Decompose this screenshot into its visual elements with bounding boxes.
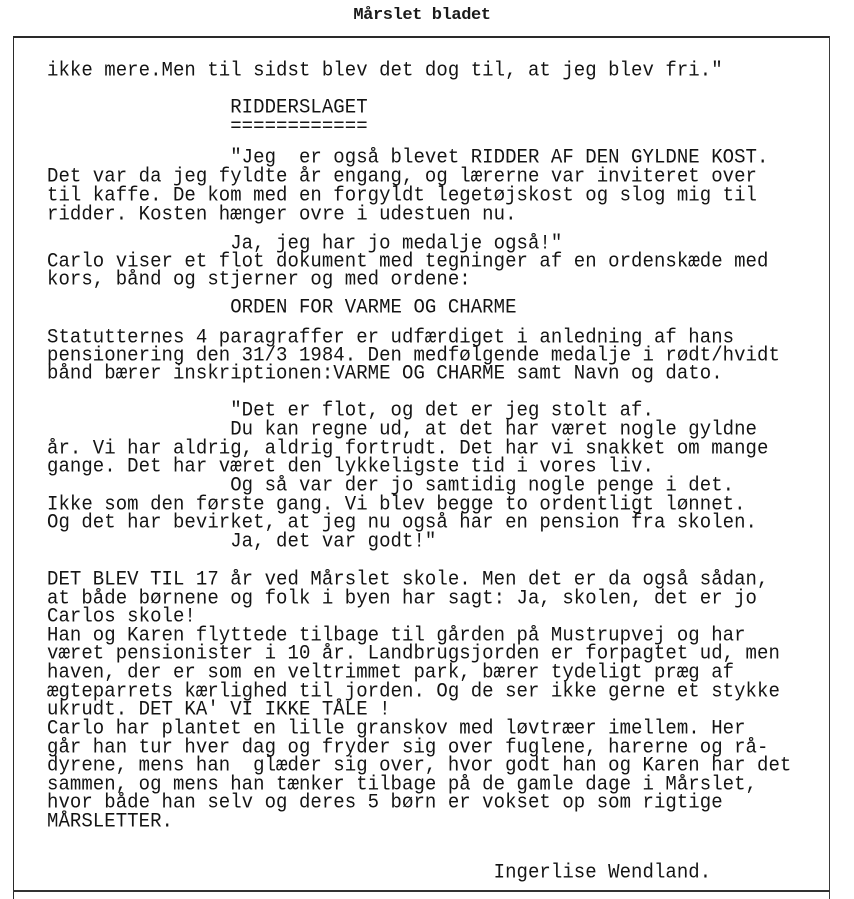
section-heading-underline: ============ [47, 115, 368, 136]
text-line: kors, bånd og stjerner og med ordene: [47, 268, 471, 289]
frame-border-top [13, 36, 830, 38]
text-line: bånd bærer inskriptionen:VARME OG CHARME… [47, 362, 723, 383]
text-line: ridder. Kosten hænger ovre i udestuen nu… [47, 203, 517, 224]
text-line: MÅRSLETTER. [47, 810, 173, 831]
frame-border-bottom [13, 890, 830, 892]
frame-border-left [13, 36, 14, 899]
opening-line: ikke mere.Men til sidst blev det dog til… [47, 59, 723, 80]
text-line: Ja, det var godt!" [47, 530, 436, 551]
frame-border-right [829, 36, 830, 899]
author-signature: Ingerlise Wendland. [47, 861, 711, 882]
order-heading: ORDEN FOR VARME OG CHARME [47, 296, 517, 317]
page-title: Mårslet bladet [0, 5, 844, 27]
